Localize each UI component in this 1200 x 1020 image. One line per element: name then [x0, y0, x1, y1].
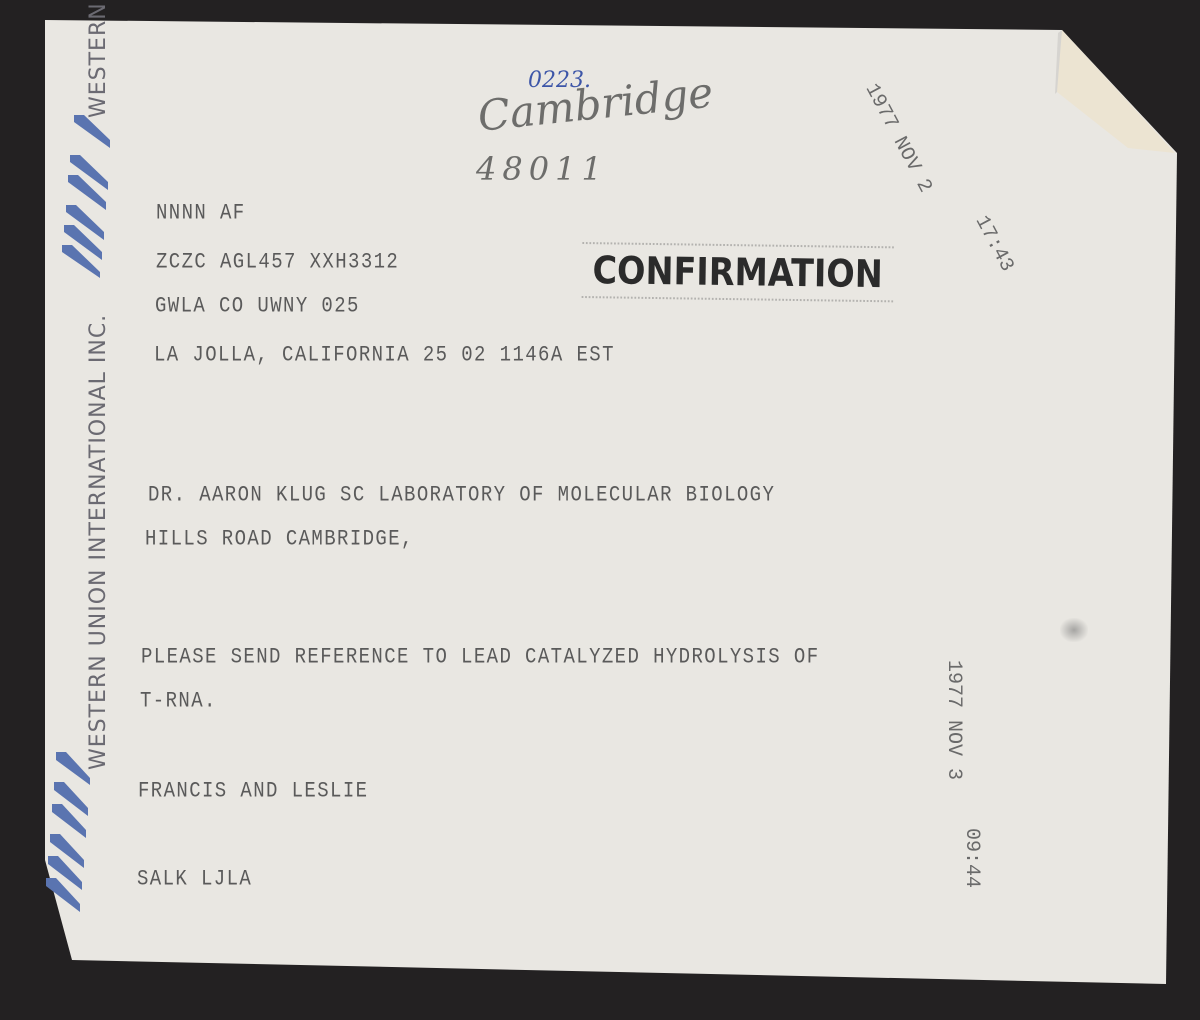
- scanned-telegram-page: WESTERN WESTERN UNION INTERNATIONAL INC.…: [0, 0, 1200, 1020]
- handwritten-number: 48011: [476, 150, 608, 188]
- header-line-4: LA JOLLA, CALIFORNIA 25 02 1146A EST: [154, 342, 615, 367]
- confirmation-stamp: CONFIRMATION: [582, 242, 894, 302]
- addressee-line-1: DR. AARON KLUG SC LABORATORY OF MOLECULA…: [148, 482, 775, 507]
- header-line-2: ZCZC AGL457 XXH3312: [156, 249, 399, 274]
- signature: FRANCIS AND LESLIE: [138, 778, 368, 803]
- addressee-line-2: HILLS ROAD CAMBRIDGE,: [145, 526, 414, 551]
- header-line-1: NNNN AF: [156, 200, 246, 225]
- western-union-logo-icon-top: [62, 110, 122, 280]
- header-line-3: GWLA CO UWNY 025: [155, 293, 360, 318]
- letterhead-brand-side: WESTERN UNION INTERNATIONAL INC.: [86, 314, 111, 770]
- letterhead-brand-top: WESTERN: [86, 2, 111, 118]
- message-line-2: T-RNA.: [140, 688, 217, 713]
- received-time-stamp-2: 09:44: [960, 828, 983, 888]
- message-line-1: PLEASE SEND REFERENCE TO LEAD CATALYZED …: [141, 644, 820, 669]
- western-union-logo-icon-bottom: [42, 752, 102, 922]
- ink-smudge: [1060, 618, 1088, 642]
- sender-code: SALK LJLA: [137, 866, 252, 891]
- received-date-stamp-2: 1977 NOV 3: [942, 660, 965, 780]
